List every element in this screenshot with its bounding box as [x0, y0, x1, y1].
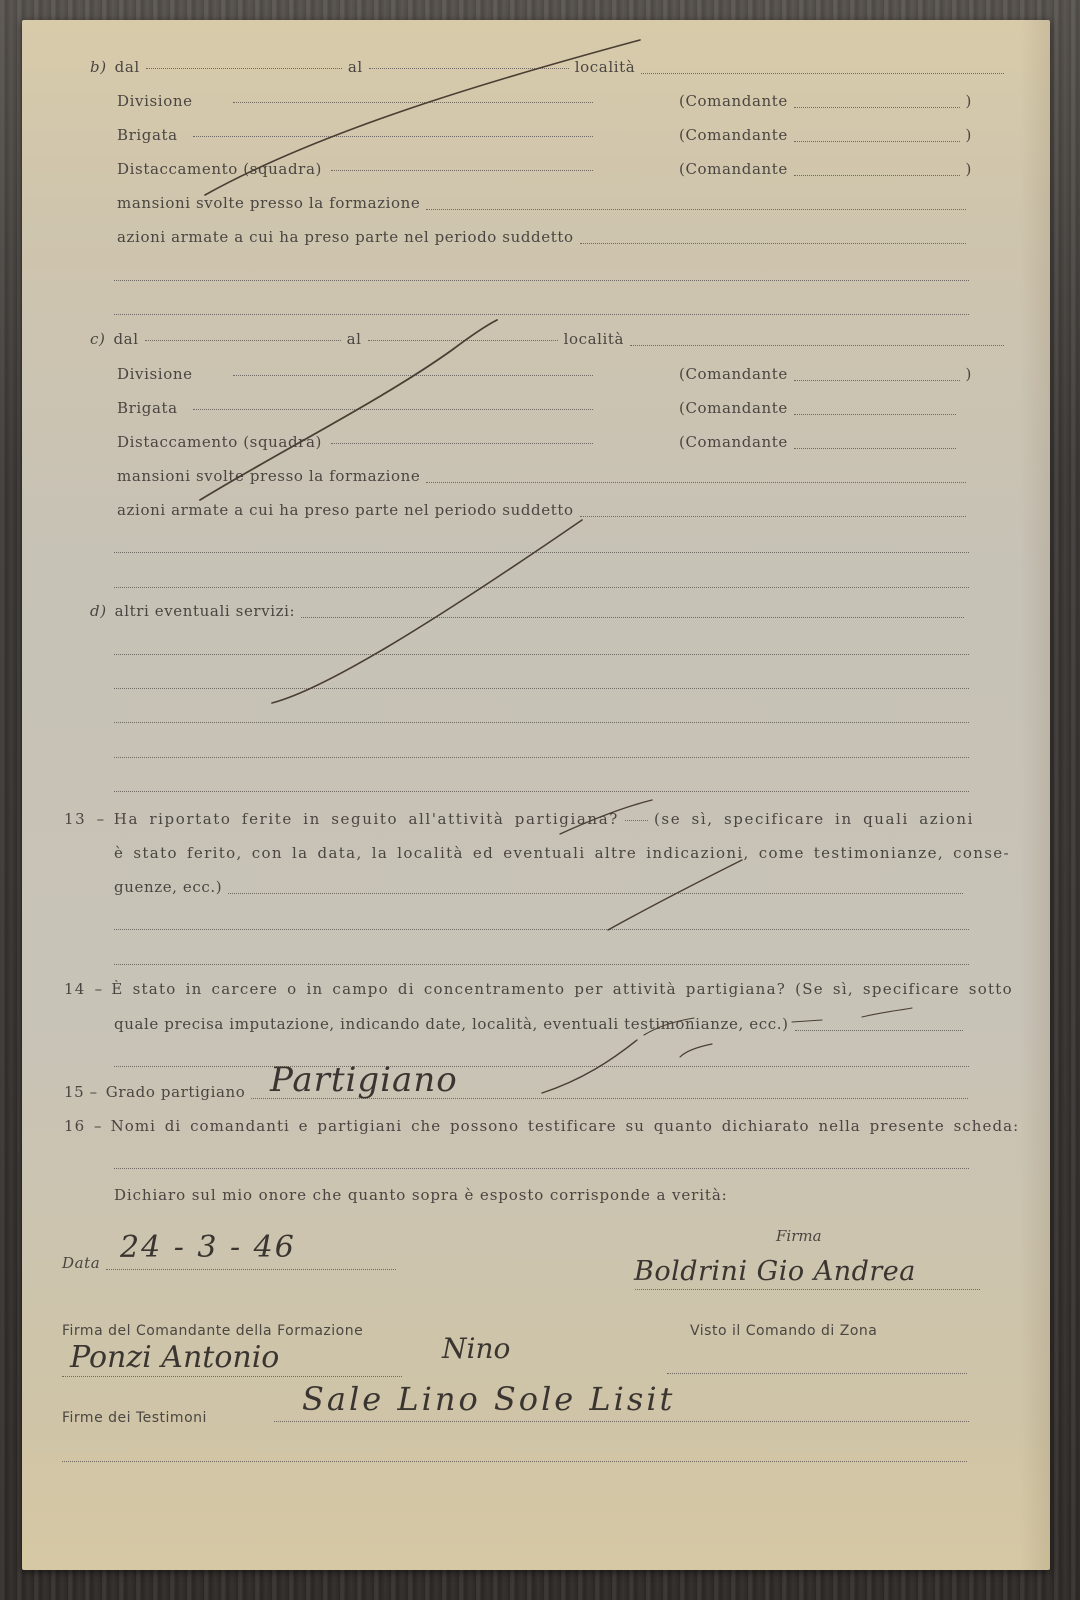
q13-details-field[interactable] — [228, 892, 963, 894]
section-c-al-field[interactable] — [368, 339, 558, 341]
date-label: Data — [62, 1254, 100, 1272]
section-c-dal-label: dal — [113, 330, 138, 348]
q13-number: 13 – — [64, 810, 106, 828]
q14-line-1: 14 – È stato in carcere o in campo di co… — [64, 980, 974, 998]
section-c-dal-field[interactable] — [145, 339, 341, 341]
visto-comando-zona-line[interactable] — [667, 1372, 967, 1374]
comandante-formazione-extra: Nino — [442, 1332, 510, 1365]
section-d-blank-line-2[interactable] — [114, 687, 969, 689]
section-b-localita-field[interactable] — [641, 72, 1004, 74]
section-b-letter: b) — [90, 58, 107, 76]
section-b-distaccamento-row: Distaccamento (squadra) (Comandante ) — [117, 160, 972, 178]
section-b-distaccamento-comandante-label: (Comandante — [679, 160, 788, 178]
section-b-blank-line-2[interactable] — [114, 313, 969, 315]
section-b-brigata-label: Brigata — [117, 126, 187, 144]
testimoni-signatures: Sale Lino Sole Lisit — [302, 1380, 675, 1418]
section-c-distaccamento-row: Distaccamento (squadra) (Comandante — [117, 433, 962, 451]
section-c-localita-field[interactable] — [630, 344, 1004, 346]
section-b-brigata-row: Brigata (Comandante ) — [117, 126, 972, 144]
testimoni-label: Firme dei Testimoni — [62, 1410, 207, 1426]
firma-label: Firma — [776, 1227, 822, 1245]
q14-line-2: quale precisa imputazione, indicando dat… — [114, 1015, 969, 1033]
section-b-azioni-row: azioni armate a cui ha preso parte nel p… — [117, 228, 972, 246]
section-c-al-label: al — [347, 330, 362, 348]
section-b-divisione-comandante-field[interactable] — [794, 106, 960, 108]
q13-blank-line-1[interactable] — [114, 928, 969, 930]
q16-blank-line-1[interactable] — [114, 1167, 969, 1169]
testimoni-line-2[interactable] — [62, 1460, 967, 1462]
section-c-mansioni-label: mansioni svolte presso la formazione — [117, 467, 420, 485]
form-page: b) dal al località Divisione (Comandante… — [22, 20, 1050, 1570]
section-c-brigata-comandante-field[interactable] — [794, 413, 956, 415]
q13-answer-field[interactable] — [625, 819, 648, 821]
testimoni-line-1[interactable] — [274, 1420, 969, 1422]
q14-details-field[interactable] — [795, 1029, 963, 1031]
section-d-blank-line-5[interactable] — [114, 790, 969, 792]
section-b-distaccamento-field[interactable] — [331, 169, 593, 171]
section-d-row: d) altri eventuali servizi: — [90, 602, 970, 620]
section-c-divisione-comandante-field[interactable] — [794, 379, 960, 381]
section-c-mansioni-field[interactable] — [426, 481, 966, 483]
section-d-letter: d) — [90, 602, 107, 620]
section-c-blank-line-2[interactable] — [114, 586, 969, 588]
section-b-dal-field[interactable] — [146, 67, 342, 69]
section-c-letter: c) — [90, 330, 105, 348]
section-c-distaccamento-comandante-field[interactable] — [794, 447, 956, 449]
q13-line-3: guenze, ecc.) — [114, 878, 969, 896]
close-paren: ) — [966, 160, 972, 178]
section-b-al-label: al — [348, 58, 363, 76]
section-b-divisione-row: Divisione (Comandante ) — [117, 92, 972, 110]
comandante-formazione-label: Firma del Comandante della Formazione — [62, 1323, 363, 1339]
section-b-distaccamento-label: Distaccamento (squadra) — [117, 160, 325, 178]
q13-blank-line-2[interactable] — [114, 963, 969, 965]
section-c-divisione-row: Divisione (Comandante ) — [117, 365, 972, 383]
section-c-brigata-row: Brigata (Comandante — [117, 399, 962, 417]
q15-handwritten-value: Partigiano — [270, 1060, 458, 1100]
section-b-mansioni-field[interactable] — [426, 208, 966, 210]
comandante-formazione-signature: Ponzi Antonio — [70, 1340, 279, 1375]
section-c-distaccamento-label: Distaccamento (squadra) — [117, 433, 325, 451]
q13-line-2: è stato ferito, con la data, la località… — [114, 844, 974, 862]
q13-instructions: (se sì, specificare in quali azioni — [654, 810, 974, 828]
section-c-blank-line-1[interactable] — [114, 551, 969, 553]
section-b-azioni-label: azioni armate a cui ha preso parte nel p… — [117, 228, 574, 246]
comandante-formazione-line[interactable] — [62, 1375, 402, 1377]
q16-label: Nomi di comandanti e partigiani che poss… — [111, 1117, 1020, 1135]
declaration-row: Dichiaro sul mio onore che quanto sopra … — [114, 1186, 814, 1204]
q13-instructions-end: guenze, ecc.) — [114, 878, 222, 896]
section-d-label: altri eventuali servizi: — [115, 602, 296, 620]
q15-number: 15 – — [64, 1083, 98, 1101]
section-b-mansioni-row: mansioni svolte presso la formazione — [117, 194, 972, 212]
section-b-divisione-field[interactable] — [233, 101, 593, 103]
section-d-blank-line-1[interactable] — [114, 653, 969, 655]
visto-comando-zona-label: Visto il Comando di Zona — [690, 1323, 877, 1339]
section-b-blank-line-1[interactable] — [114, 279, 969, 281]
section-c-localita-label: località — [564, 330, 625, 348]
section-c-dates-row: c) dal al località — [90, 330, 1010, 348]
section-b-dal-label: dal — [115, 58, 140, 76]
section-c-azioni-field[interactable] — [580, 515, 966, 517]
section-c-brigata-label: Brigata — [117, 399, 187, 417]
section-d-blank-line-3[interactable] — [114, 721, 969, 723]
section-c-divisione-label: Divisione — [117, 365, 227, 383]
firma-signature-line[interactable] — [635, 1288, 980, 1290]
section-c-distaccamento-field[interactable] — [331, 442, 593, 444]
section-c-azioni-label: azioni armate a cui ha preso parte nel p… — [117, 501, 574, 519]
q13-question: Ha riportato ferite in seguito all'attiv… — [114, 810, 619, 828]
section-b-localita-label: località — [575, 58, 636, 76]
section-b-brigata-field[interactable] — [193, 135, 593, 137]
q15-row: 15 – Grado partigiano — [64, 1083, 974, 1101]
section-c-divisione-comandante-label: (Comandante — [679, 365, 788, 383]
q16-row: 16 – Nomi di comandanti e partigiani che… — [64, 1117, 974, 1135]
section-c-brigata-field[interactable] — [193, 408, 593, 410]
q16-number: 16 – — [64, 1117, 103, 1135]
section-d-field[interactable] — [301, 616, 964, 618]
q15-label: Grado partigiano — [106, 1083, 246, 1101]
date-handwritten-value: 24 - 3 - 46 — [120, 1230, 296, 1265]
declaration-text: Dichiaro sul mio onore che quanto sopra … — [114, 1186, 728, 1204]
date-field[interactable] — [106, 1268, 396, 1270]
q13-line-1: 13 – Ha riportato ferite in seguito all'… — [64, 810, 974, 828]
close-paren: ) — [966, 92, 972, 110]
section-b-brigata-comandante-label: (Comandante — [679, 126, 788, 144]
section-b-azioni-field[interactable] — [580, 242, 966, 244]
q14-instructions: quale precisa imputazione, indicando dat… — [114, 1015, 789, 1033]
section-b-divisione-comandante-label: (Comandante — [679, 92, 788, 110]
close-paren: ) — [966, 126, 972, 144]
section-b-mansioni-label: mansioni svolte presso la formazione — [117, 194, 420, 212]
section-c-azioni-row: azioni armate a cui ha preso parte nel p… — [117, 501, 972, 519]
section-b-brigata-comandante-field[interactable] — [794, 140, 960, 142]
q13-instructions-cont: è stato ferito, con la data, la località… — [114, 844, 1010, 862]
section-c-mansioni-row: mansioni svolte presso la formazione — [117, 467, 972, 485]
section-b-divisione-label: Divisione — [117, 92, 227, 110]
firma-signature: Boldrini Gio Andrea — [634, 1256, 916, 1287]
section-c-distaccamento-comandante-label: (Comandante — [679, 433, 788, 451]
section-b-distaccamento-comandante-field[interactable] — [794, 174, 960, 176]
section-b-dates-row: b) dal al località — [90, 58, 1010, 76]
section-b-al-field[interactable] — [369, 67, 569, 69]
q14-number: 14 – — [64, 980, 103, 998]
q14-blank-line-1[interactable] — [114, 1065, 969, 1067]
section-c-brigata-comandante-label: (Comandante — [679, 399, 788, 417]
close-paren: ) — [966, 365, 972, 383]
section-d-blank-line-4[interactable] — [114, 756, 969, 758]
q14-question: È stato in carcere o in campo di concent… — [111, 980, 1013, 998]
section-c-divisione-field[interactable] — [233, 374, 593, 376]
